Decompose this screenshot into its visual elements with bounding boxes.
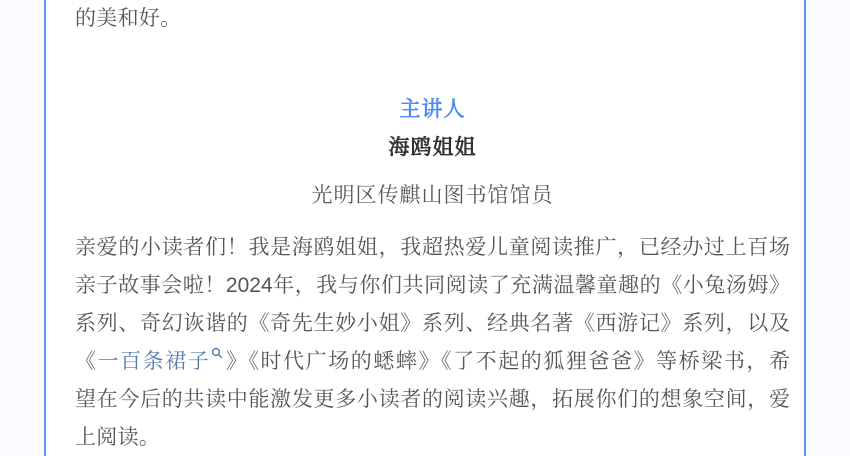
speaker-organization: 光明区传麒山图书馆馆员 [75,177,790,215]
bio-line: 上阅读。 [75,419,790,456]
speaker-name: 海鸥姐姐 [75,129,790,167]
section-title-speaker: 主讲人 [75,91,790,129]
bio-line: 亲爱的小读者们！我是海鸥姐姐，我超热爱儿童阅读推广，已经办过上百场 [75,229,790,267]
bio-line-text: 》《时代广场的蟋蟀》《了不起的狐狸爸爸》等桥梁书，希 [224,350,790,373]
search-icon[interactable] [211,347,223,359]
book-title-link[interactable]: 一百条裙子 [98,350,211,373]
bio-line: 《一百条裙子 》《时代广场的蟋蟀》《了不起的狐狸爸爸》等桥梁书，希 [75,343,790,381]
bio-line: 亲子故事会啦！2024年，我与你们共同阅读了充满温馨童趣的《小兔汤姆》 [75,267,790,305]
bio-line: 系列、奇幻诙谐的《奇先生妙小姐》系列、经典名著《西游记》系列，以及 [75,305,790,343]
bio-line: 望在今后的共读中能激发更多小读者的阅读兴趣，拓展你们的想象空间，爱 [75,381,790,419]
previous-paragraph-last-line: 的美和好。 [75,0,790,38]
speaker-bio-paragraph: 亲爱的小读者们！我是海鸥姐姐，我超热爱儿童阅读推广，已经办过上百场 亲子故事会啦… [75,229,790,456]
bio-line-text: 《 [75,350,98,373]
article-card: 的美和好。 主讲人 海鸥姐姐 光明区传麒山图书馆馆员 亲爱的小读者们！我是海鸥姐… [44,0,806,456]
